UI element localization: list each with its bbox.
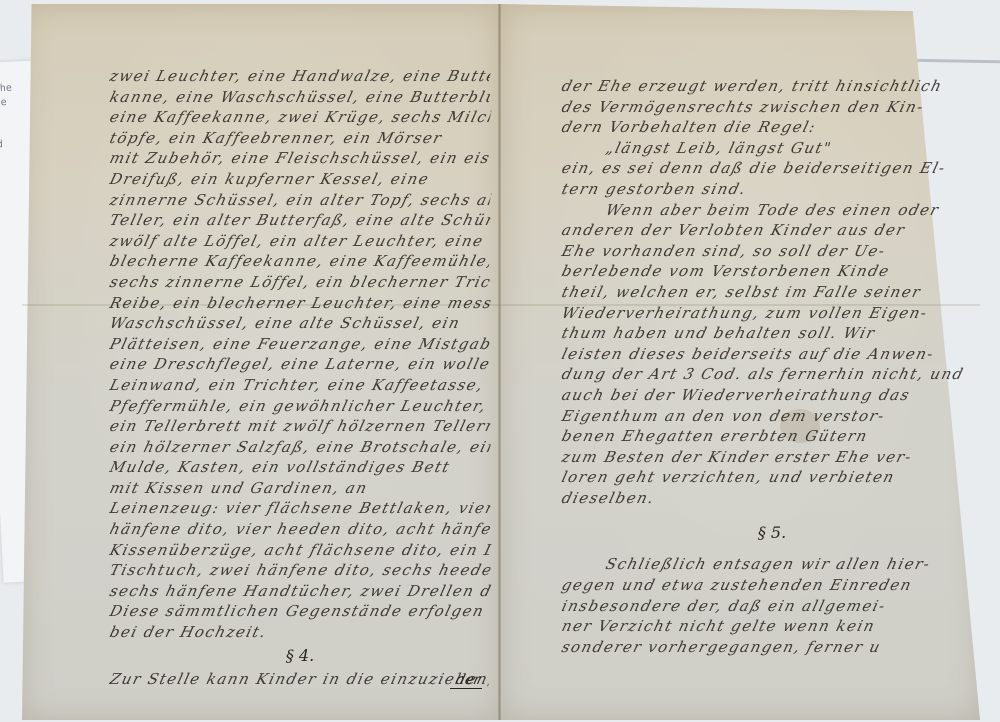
- handwritten-line: Ehe vorhanden sind, so soll der Ue-: [559, 241, 984, 262]
- handwritten-line: Eigenthum an den von dem verstor-: [559, 406, 984, 427]
- catchword: der: [450, 672, 486, 689]
- handwritten-line: Pfeffermühle, ein gewöhnlicher Leuchter,…: [107, 396, 492, 417]
- handwritten-line: ner Verzicht nicht gelte wenn kein: [559, 616, 984, 637]
- right-top-lines: der Ehe erzeugt werden, tritt hinsichtli…: [562, 76, 982, 508]
- handwritten-line: tern gestorben sind.: [559, 179, 984, 200]
- handwritten-line: sonderer vorhergegangen, ferner u: [559, 637, 984, 658]
- handwritten-line: anderen der Verlobten Kinder aus der: [559, 220, 984, 241]
- handwritten-line: Kissenüberzüge, acht flächsene dito, ein…: [107, 540, 492, 561]
- handwritten-line: ein hölzerner Salzfaß, eine Brotschale, …: [107, 437, 492, 458]
- handwritten-line: Waschschüssel, eine alte Schüssel, ein: [107, 313, 492, 334]
- handwritten-line: mit Zubehör, eine Fleischschüssel, ein e…: [107, 148, 492, 169]
- handwritten-line: kanne, eine Waschschüssel, eine Butterbl…: [107, 87, 492, 108]
- handwritten-line: zinnerne Schüssel, ein alter Topf, sechs…: [107, 190, 492, 211]
- handwritten-line: Leinenzeug: vier flächsene Bettlaken, vi…: [107, 498, 492, 519]
- handwritten-line: Plätteisen, eine Feuerzange, eine Mistga…: [107, 334, 492, 355]
- handwritten-line: Wenn aber beim Tode des einen oder: [559, 200, 1000, 221]
- right-bottom-lines: Schließlich entsagen wir allen hier-gege…: [562, 554, 982, 657]
- handwritten-line: töpfe, ein Kaffeebrenner, ein Mörser: [107, 128, 492, 149]
- handwritten-line: sechs hänfene Handtücher, zwei Drellen d…: [107, 581, 492, 602]
- handwritten-line: benen Ehegatten ererbten Gütern: [559, 426, 984, 447]
- handwritten-line: Leinwand, ein Trichter, eine Kaffeetasse…: [107, 375, 492, 396]
- handwritten-line: der Ehe erzeugt werden, tritt hinsichtli…: [559, 76, 984, 97]
- handwritten-line: insbesondere der, daß ein allgemei-: [559, 596, 984, 617]
- handwritten-line: zwölf alte Löffel, ein alter Leuchter, e…: [107, 231, 492, 252]
- manuscript-spread: zwei Leuchter, eine Handwalze, eine Butt…: [22, 4, 980, 720]
- section-4-mark: § 4.: [110, 643, 490, 669]
- handwritten-line: ein Tellerbrett mit zwölf hölzernen Tell…: [107, 416, 492, 437]
- left-page-text: zwei Leuchter, eine Handwalze, eine Butt…: [110, 66, 490, 689]
- handwritten-line: dieselben.: [559, 488, 984, 509]
- handwritten-line: mit Kissen und Gardinen, an: [107, 478, 492, 499]
- handwritten-line: eine Kaffeekanne, zwei Krüge, sechs Milc…: [107, 107, 492, 128]
- handwritten-line: bei der Hochzeit.: [107, 622, 492, 643]
- handwritten-line: auch bei der Wiederverheirathung das: [559, 385, 984, 406]
- left-body-lines: zwei Leuchter, eine Handwalze, eine Butt…: [110, 66, 490, 643]
- section-4-text: Zur Stelle kann Kinder in die einzuziehe…: [107, 669, 492, 690]
- handwritten-line: Teller, ein alter Butterfaß, eine alte S…: [107, 210, 492, 231]
- right-page-text: der Ehe erzeugt werden, tritt hinsichtli…: [562, 76, 982, 657]
- handwritten-line: theil, welchen er, selbst im Falle seine…: [559, 282, 984, 303]
- handwritten-line: gegen und etwa zustehenden Einreden: [559, 575, 984, 596]
- handwritten-line: zwei Leuchter, eine Handwalze, eine Butt…: [107, 66, 492, 87]
- handwritten-line: thum haben und behalten soll. Wir: [559, 323, 984, 344]
- section-5-mark: § 5.: [562, 520, 982, 546]
- handwritten-line: Tischtuch, zwei hänfene dito, sechs heed…: [107, 560, 492, 581]
- handwritten-line: des Vermögensrechts zwischen den Kin-: [559, 97, 984, 118]
- handwritten-line: blecherne Kaffeekanne, eine Kaffeemühle,: [107, 251, 492, 272]
- center-fold: [498, 4, 501, 720]
- handwritten-line: Dreifuß, ein kupferner Kessel, eine: [107, 169, 492, 190]
- handwritten-line: dung der Art 3 Cod. als fernerhin nicht,…: [559, 364, 984, 385]
- handwritten-line: „längst Leib, längst Gut": [559, 138, 1000, 159]
- handwritten-line: Reibe, ein blecherner Leuchter, eine mes…: [107, 293, 492, 314]
- handwritten-line: sechs zinnerne Löffel, ein blecherner Tr…: [107, 272, 492, 293]
- handwritten-line: hänfene dito, vier heeden dito, acht hän…: [107, 519, 492, 540]
- handwritten-line: leisten dieses beiderseits auf die Anwen…: [559, 344, 984, 365]
- handwritten-line: dern Vorbehalten die Regel:: [559, 117, 984, 138]
- handwritten-line: loren geht verzichten, und verbieten: [559, 467, 984, 488]
- handwritten-line: Diese sämmtlichen Gegenstände erfolgen g…: [107, 601, 492, 622]
- handwritten-line: ein, es sei denn daß die beiderseitigen …: [559, 158, 984, 179]
- handwritten-line: eine Dreschflegel, eine Laterne, ein wol…: [107, 354, 492, 375]
- handwritten-line: Schließlich entsagen wir allen hier-: [559, 554, 1000, 575]
- handwritten-line: Wiederverheirathung, zum vollen Eigen-: [559, 303, 984, 324]
- handwritten-line: Mulde, Kasten, ein vollständiges Bett: [107, 457, 492, 478]
- handwritten-line: zum Besten der Kinder erster Ehe ver-: [559, 447, 984, 468]
- handwritten-line: berlebende vom Verstorbenen Kinde: [559, 261, 984, 282]
